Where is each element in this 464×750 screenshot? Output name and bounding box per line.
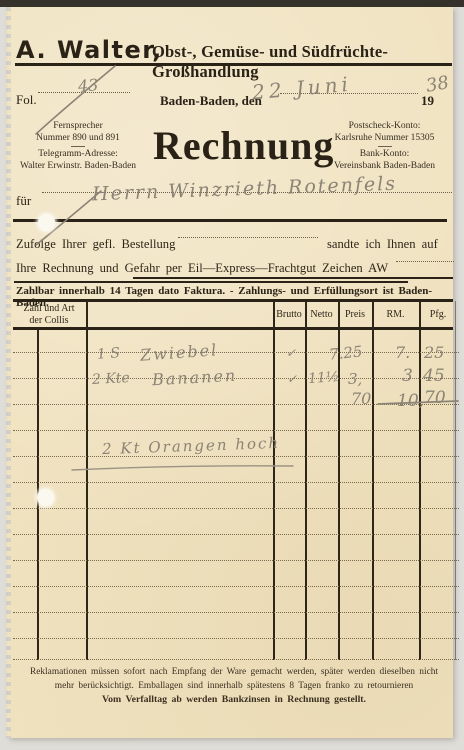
total-rm: 10,	[397, 391, 424, 411]
order-line1-post: sandte ich Ihnen auf	[327, 237, 438, 252]
table-vline	[86, 301, 88, 660]
phone-line2: Nummer 890 und 891	[18, 133, 138, 145]
company-name: A. Walter,	[16, 36, 163, 64]
fol-label: Fol.	[16, 92, 37, 108]
payment-terms: Zahlbar innerhalb 14 Tagen dato Faktura.…	[16, 285, 464, 309]
table-row	[13, 638, 459, 639]
row2-pfg: 45	[423, 366, 445, 386]
col-header-brutto: Brutto	[273, 309, 305, 321]
col-header-rm: RM.	[372, 309, 419, 321]
col-header-pfg: Pfg.	[419, 309, 457, 321]
table-row	[13, 352, 459, 353]
table-vline	[419, 301, 421, 660]
table-vline	[305, 301, 307, 660]
col-header-preis: Preis	[338, 309, 372, 321]
terms-rule-top-b	[14, 281, 408, 283]
footer-line3: Vom Verfalltag ab werden Bankzinsen in R…	[14, 693, 454, 707]
total-pfg: 70	[424, 388, 446, 408]
table-row	[13, 456, 459, 457]
divider-dash	[378, 146, 392, 147]
city-date-label: Baden-Baden, den	[160, 93, 262, 109]
row1-brutto-check: ✓	[286, 346, 296, 360]
invoice-scan: A. Walter, Obst-, Gemüse- und Südfrüchte…	[0, 0, 464, 750]
row1-qty: 1 S	[96, 345, 120, 363]
row2-netto: 11½	[307, 369, 339, 387]
order-dotted-line2	[396, 261, 454, 262]
table-row	[13, 659, 459, 660]
footer-line1: Reklamationen müssen sofort nach Empfang…	[14, 666, 454, 680]
table-vline	[372, 301, 374, 660]
table-top-rule	[13, 299, 453, 302]
row2-qty: 2 Kte	[92, 370, 131, 388]
total-preis: 70	[351, 389, 371, 408]
row1-pfg: 25	[424, 343, 444, 362]
table-row	[13, 430, 459, 431]
scan-edge-band	[0, 0, 464, 7]
footer-line2: mehr berücksichtigt. Emballagen sind inn…	[14, 680, 454, 694]
telegram-value: Walter Erwinstr. Baden-Baden	[18, 161, 138, 173]
table-row	[13, 586, 459, 587]
table-row	[13, 404, 459, 405]
document-title: Rechnung	[153, 122, 334, 169]
row2-preis: 3,	[348, 370, 362, 388]
year-handwritten: 38	[424, 72, 450, 97]
table-row	[13, 612, 459, 613]
perforated-edge	[6, 7, 11, 738]
table-row	[13, 534, 459, 535]
order-dotted-line	[178, 237, 318, 238]
telegram-label: Telegramm-Adresse:	[18, 149, 138, 161]
table-row	[13, 508, 459, 509]
order-line1-pre: Zufolge Ihrer gefl. Bestellung	[16, 237, 175, 252]
row2-brutto-check: ✓	[287, 372, 297, 386]
row2-rm: 3	[402, 366, 413, 386]
table-vline-right	[455, 301, 456, 660]
terms-rule-top-a	[133, 277, 453, 279]
section-rule	[13, 219, 447, 222]
bank-block: Postscheck-Konto: Karlsruhe Nummer 15305…	[312, 121, 457, 172]
row1-rm: 7.	[395, 343, 410, 362]
header-underline	[15, 63, 452, 66]
postal-account-value: Karlsruhe Nummer 15305	[312, 133, 457, 145]
postal-account-label: Postscheck-Konto:	[312, 121, 457, 133]
col-header-netto: Netto	[305, 309, 338, 321]
col-header-collis: Zahl und Art der Collis	[16, 303, 82, 327]
order-line2: Ihre Rechnung und Gefahr per Eil—Express…	[16, 261, 388, 276]
bank-account-value: Vereinsbank Baden-Baden	[312, 161, 457, 173]
fol-value-handwritten: 43	[77, 75, 99, 96]
for-label: für	[16, 193, 31, 209]
punch-hole	[38, 214, 55, 231]
row1-preis: 7.25	[328, 342, 363, 363]
table-row	[13, 560, 459, 561]
phone-block: Fernsprecher Nummer 890 und 891 Telegram…	[18, 121, 138, 172]
divider-dash	[71, 146, 85, 147]
bank-account-label: Bank-Konto:	[312, 149, 457, 161]
phone-line1: Fernsprecher	[18, 121, 138, 133]
table-header-bottom-rule	[13, 327, 453, 330]
table-vline	[273, 301, 275, 660]
punch-hole	[37, 489, 54, 506]
footer-conditions: Reklamationen müssen sofort nach Empfang…	[14, 666, 454, 707]
table-row	[13, 482, 459, 483]
